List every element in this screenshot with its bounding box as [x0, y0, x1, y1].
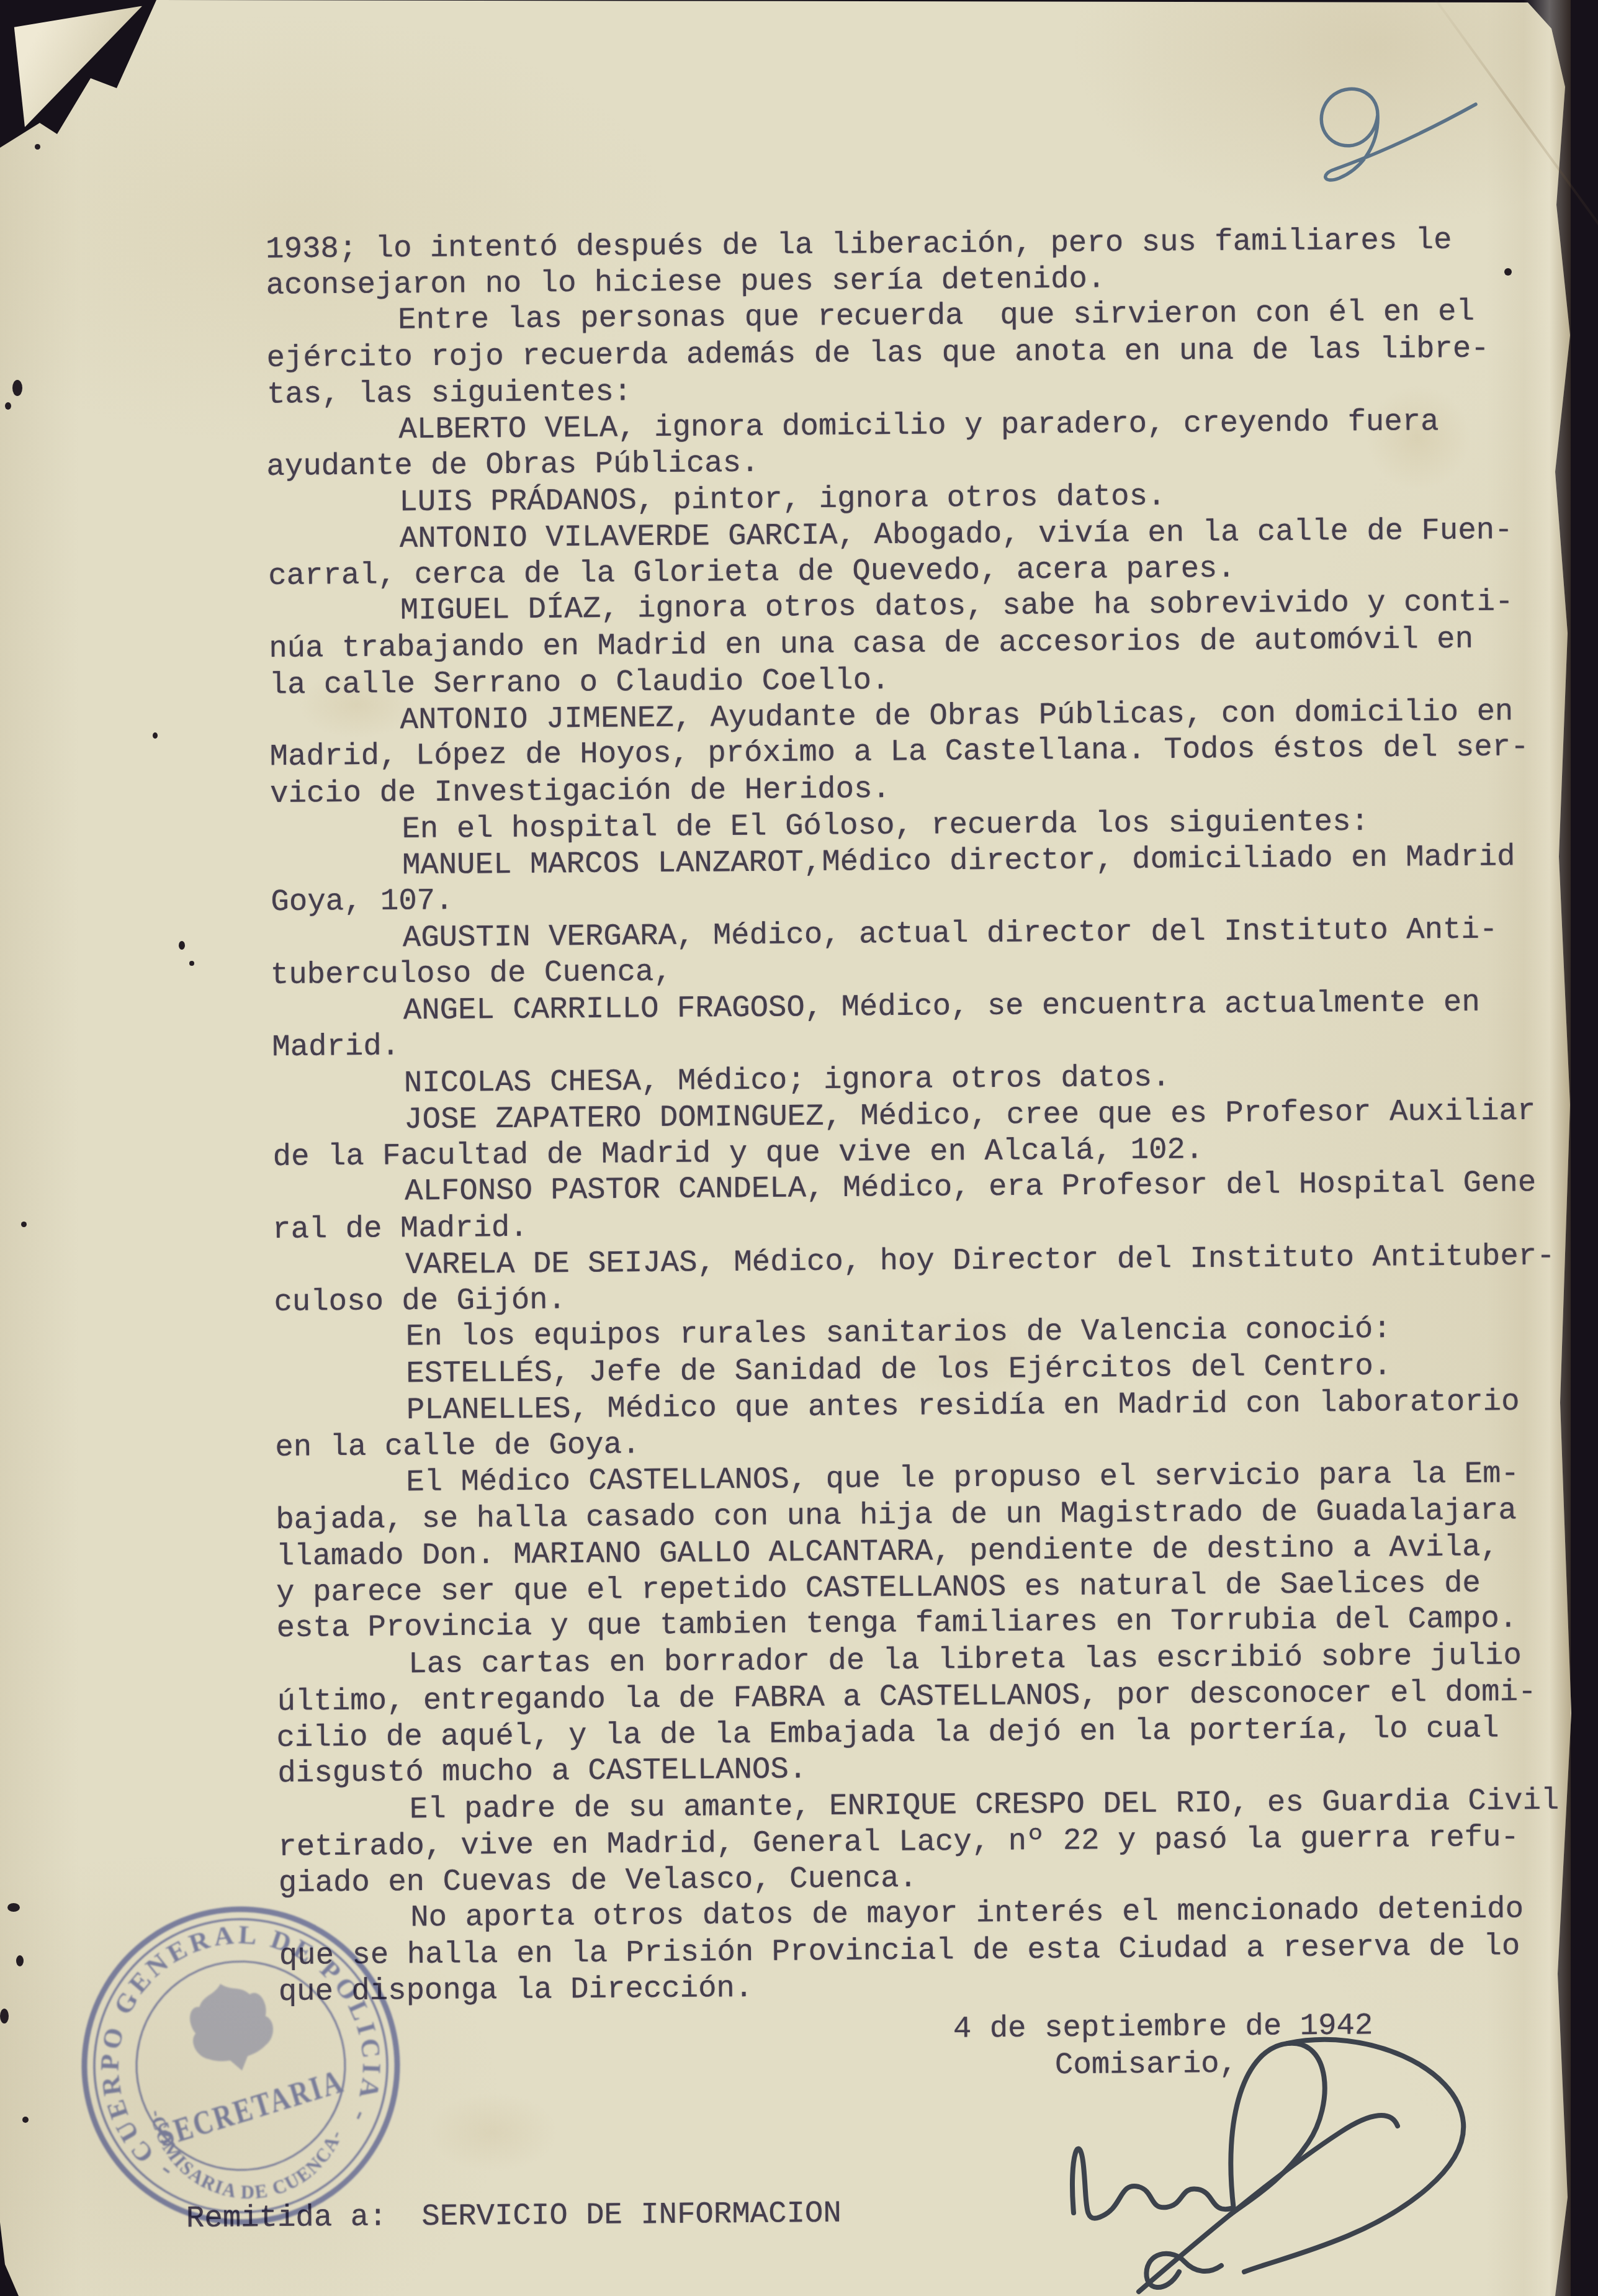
- speck: [5, 402, 11, 410]
- speck: [189, 961, 194, 966]
- speck: [22, 2117, 29, 2123]
- remitida-value: SERVICIO DE INFORMACION: [421, 2196, 842, 2234]
- speck: [12, 380, 22, 396]
- speck: [16, 1955, 24, 1966]
- police-stamp: - CUERPO GENERAL DE POLICIA - -COMISARIA…: [79, 1904, 402, 2227]
- handwritten-page-number: [1285, 81, 1496, 205]
- speck: [7, 1903, 20, 1912]
- paper-stain: [428, 2092, 559, 2172]
- speck: [153, 732, 158, 739]
- speck: [1504, 268, 1512, 276]
- speck: [35, 144, 40, 150]
- eagle-emblem-icon: [181, 1974, 281, 2080]
- typewritten-body: 1938; lo intentó después de la liberació…: [266, 221, 1573, 2010]
- speck: [21, 1222, 27, 1227]
- signature-ink: [931, 2005, 1520, 2296]
- document-scan: 1938; lo intentó después de la liberació…: [0, 0, 1598, 2296]
- speck: [179, 941, 185, 950]
- speck: [0, 2009, 9, 2024]
- stamp-center-text: SECRETARIA: [153, 2062, 348, 2154]
